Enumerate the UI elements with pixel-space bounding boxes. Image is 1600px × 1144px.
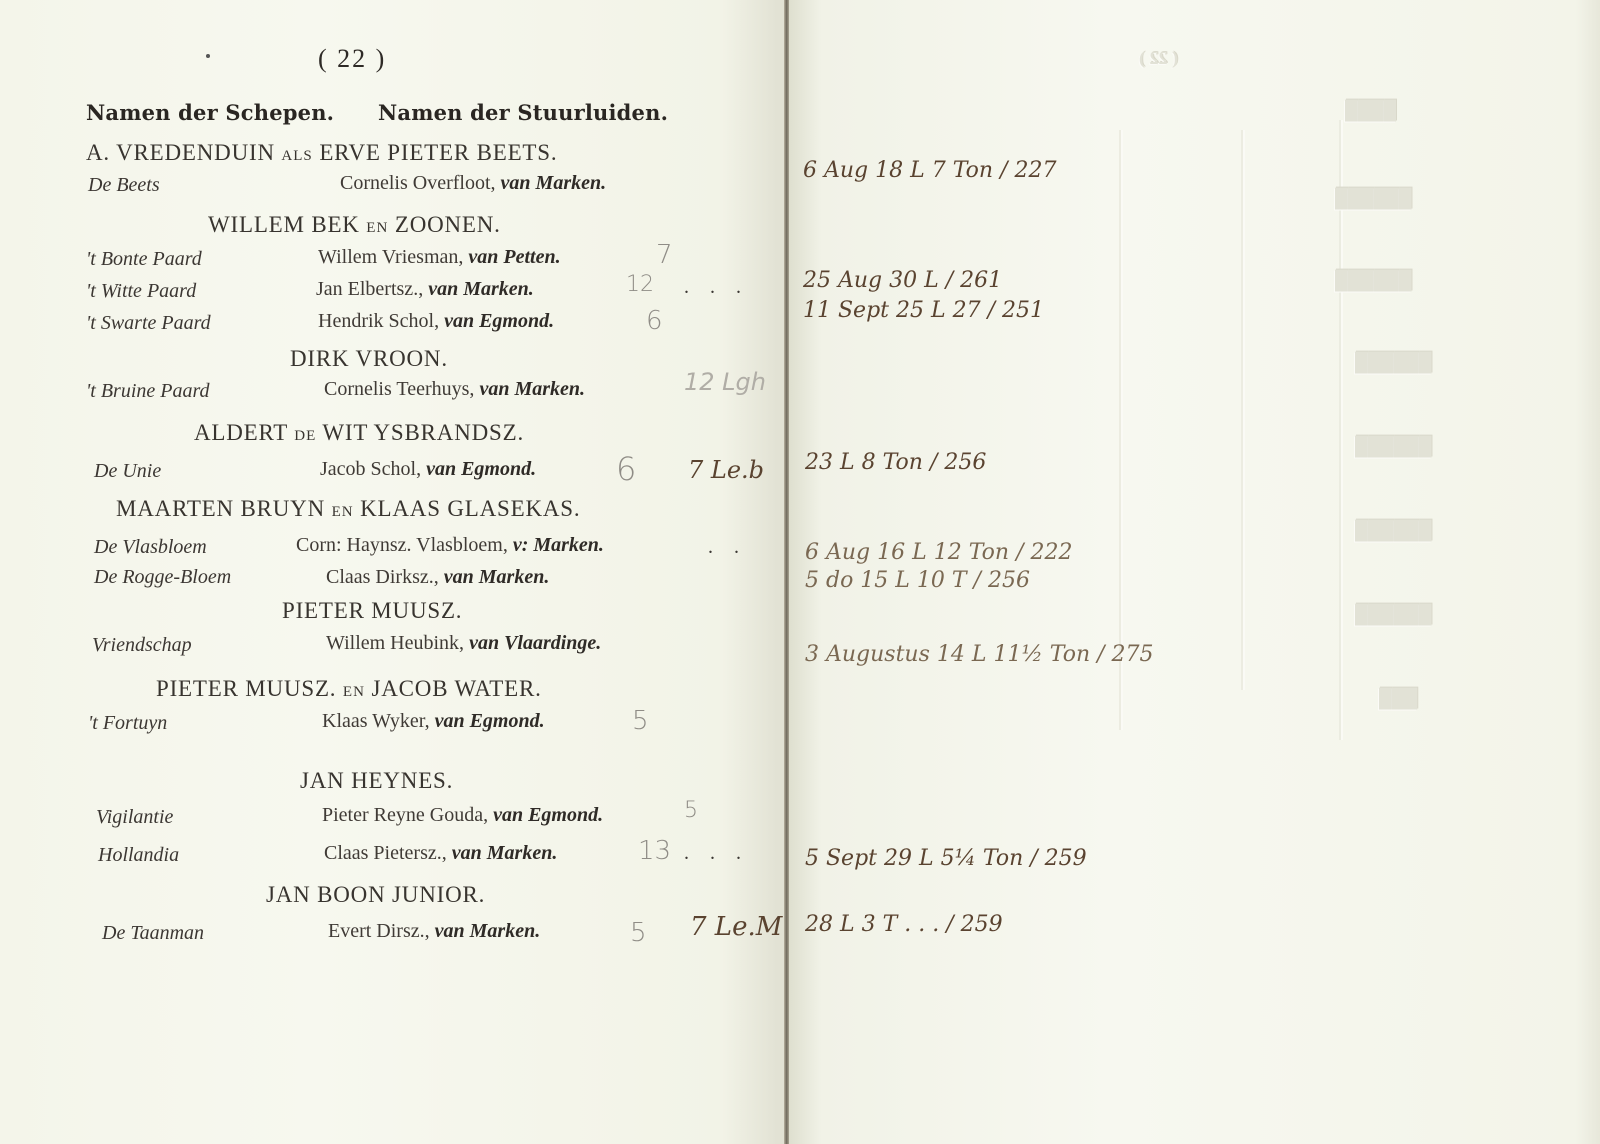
ship-name: Vigilantie	[96, 806, 173, 829]
book-spread: ( 22 ) Namen der Schepen. Namen der Stuu…	[0, 0, 1600, 1144]
emboss-row: ██████	[1335, 270, 1412, 291]
emboss-row: ██████	[1355, 352, 1432, 373]
ship-name: De Taanman	[102, 922, 204, 945]
owner-heading: WILLEM BEK EN ZOONEN.	[208, 212, 501, 238]
right-page: ( 22 ) ████ ██████ ██████ ██████ ██████ …	[789, 0, 1600, 1144]
column-header-ships: Namen der Schepen.	[86, 100, 334, 125]
leader-dots: . .	[708, 536, 747, 559]
ship-name: 't Bruine Paard	[86, 380, 210, 403]
handwritten-note: 5 Sept 29 L 5¼ Ton / 259	[805, 846, 1087, 871]
emboss-rule	[1339, 120, 1343, 740]
mate-name: Hendrik Schol, van Egmond.	[318, 310, 554, 333]
pencil-annotation: 6	[616, 450, 636, 488]
emboss-rule	[1119, 130, 1123, 730]
ink-annotation: 7 Le.M	[690, 912, 782, 942]
pencil-annotation: 6	[646, 306, 663, 336]
ship-name: De Rogge-Bloem	[94, 566, 231, 589]
mate-name: Jan Elbertsz., van Marken.	[316, 278, 534, 301]
mate-name: Willem Heubink, van Vlaardinge.	[326, 632, 601, 655]
emboss-folio: ( 22 )	[1139, 48, 1178, 69]
owner-heading: PIETER MUUSZ.	[282, 598, 462, 624]
pencil-annotation: 5	[630, 918, 647, 948]
handwritten-note: 25 Aug 30 L / 261	[803, 268, 1002, 293]
owner-heading: ALDERT DE WIT YSBRANDSZ.	[194, 420, 524, 446]
emboss-rule	[1241, 130, 1245, 690]
ship-name: De Vlasbloem	[94, 536, 207, 559]
leader-dots: . . .	[684, 842, 749, 865]
handwritten-note: 23 L 8 Ton / 256	[805, 450, 986, 475]
owner-heading: PIETER MUUSZ. EN JACOB WATER.	[156, 676, 542, 702]
emboss-row: ██████	[1355, 604, 1432, 625]
ink-annotation: 7 Le.b	[688, 456, 764, 484]
mate-name: Corn: Haynsz. Vlasbloem, v: Marken.	[296, 534, 604, 557]
owner-heading: MAARTEN BRUYN EN KLAAS GLASEKAS.	[116, 496, 580, 522]
column-header-mates: Namen der Stuurluiden.	[378, 100, 668, 125]
pencil-annotation: 12 Lgh	[684, 368, 766, 396]
emboss-row: ███	[1379, 688, 1417, 709]
handwritten-note: 11 Sept 25 L 27 / 251	[803, 298, 1044, 323]
left-page: ( 22 ) Namen der Schepen. Namen der Stuu…	[0, 0, 785, 1144]
handwritten-note: 6 Aug 18 L 7 Ton / 227	[803, 158, 1056, 183]
ship-name: 't Fortuyn	[88, 712, 167, 735]
emboss-row: ██████	[1335, 188, 1412, 209]
emboss-row: ██████	[1355, 436, 1432, 457]
mate-name: Willem Vriesman, van Petten.	[318, 246, 561, 269]
leader-dots: . . .	[684, 276, 749, 299]
mate-name: Klaas Wyker, van Egmond.	[322, 710, 545, 733]
page-number: ( 22 )	[318, 44, 386, 74]
owner-heading: DIRK VROON.	[290, 346, 448, 372]
owner-heading: A. VREDENDUIN ALS ERVE PIETER BEETS.	[86, 140, 557, 166]
mate-name: Cornelis Overfloot, van Marken.	[340, 172, 606, 195]
ship-name: Vriendschap	[92, 634, 192, 657]
pencil-annotation: 7	[656, 240, 673, 270]
emboss-row: ██████	[1355, 520, 1432, 541]
handwritten-note: 3 Augustus 14 L 11½ Ton / 275	[805, 642, 1154, 667]
mate-name: Claas Dirksz., van Marken.	[326, 566, 549, 589]
mate-name: Evert Dirsz., van Marken.	[328, 920, 540, 943]
owner-heading: JAN HEYNES.	[300, 768, 453, 794]
handwritten-note: 28 L 3 T . . . / 259	[805, 912, 1003, 937]
handwritten-note: 6 Aug 16 L 12 Ton / 222	[805, 540, 1072, 565]
ink-speck	[206, 54, 210, 58]
mate-name: Pieter Reyne Gouda, van Egmond.	[322, 804, 603, 827]
ship-name: 't Witte Paard	[86, 280, 196, 303]
mate-name: Cornelis Teerhuys, van Marken.	[324, 378, 585, 401]
ship-name: De Unie	[94, 460, 161, 483]
emboss-heading: ████	[1345, 100, 1396, 121]
handwritten-note: 5 do 15 L 10 T / 256	[805, 568, 1030, 593]
mate-name: Jacob Schol, van Egmond.	[320, 458, 536, 481]
ship-name: 't Swarte Paard	[86, 312, 211, 335]
mate-name: Claas Pietersz., van Marken.	[324, 842, 557, 865]
ship-name: Hollandia	[98, 844, 179, 867]
pencil-annotation: 5	[632, 706, 649, 736]
pencil-annotation: 12	[626, 272, 654, 297]
owner-heading: JAN BOON JUNIOR.	[266, 882, 485, 908]
pencil-annotation: 13	[638, 836, 671, 866]
pencil-annotation: 5	[684, 798, 698, 823]
ship-name: De Beets	[88, 174, 160, 197]
ship-name: 't Bonte Paard	[86, 248, 202, 271]
